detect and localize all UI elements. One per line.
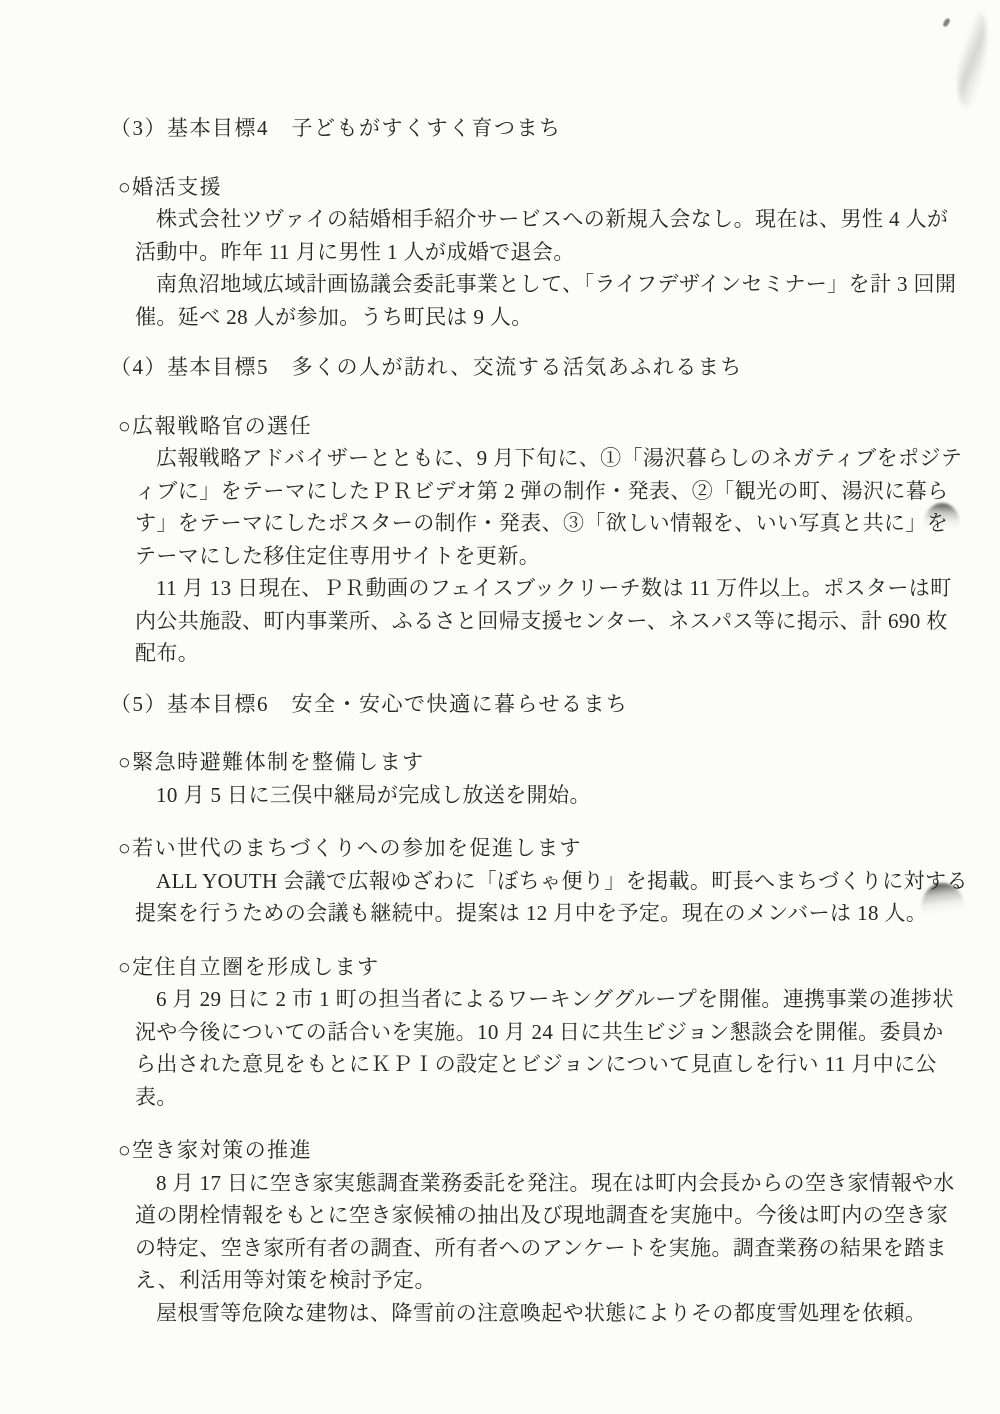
text-line: 屋根雪等危険な建物は、降雪前の注意喚起や状態によりその都度雪処理を依頼。	[135, 1297, 920, 1330]
document-body: （3）基本目標4 子どもがすくすく育つまち○婚活支援株式会社ツヴァイの結婚相手紹…	[110, 112, 920, 1329]
text-line: の特定、空き家所有者の調査、所有者へのアンケートを実施。調査業務の結果を踏ま	[135, 1232, 920, 1265]
item-title: ○空き家対策の推進	[118, 1134, 920, 1167]
text-line: 況や今後についての話合いを実施。10 月 24 日に共生ビジョン懇談会を開催。委…	[135, 1016, 920, 1049]
document-section: （4）基本目標5 多くの人が訪れ、交流する活気あふれるまち○広報戦略官の選任広報…	[110, 351, 920, 670]
paragraph: ALL YOUTH 会議で広報ゆざわに「ぼちゃ便り」を掲載。町長へまちづくりに対…	[135, 865, 920, 930]
text-line: ら出された意見をもとにＫＰＩの設定とビジョンについて見直しを行い 11 月中に公	[135, 1048, 920, 1081]
text-line: ALL YOUTH 会議で広報ゆざわに「ぼちゃ便り」を掲載。町長へまちづくりに対…	[135, 865, 920, 898]
paragraph: 8 月 17 日に空き家実態調査業務委託を発注。現在は町内会長からの空き家情報や…	[135, 1167, 920, 1297]
document-section: （5）基本目標6 安全・安心で快適に暮らせるまち○緊急時避難体制を整備します10…	[110, 688, 920, 1330]
item-paragraphs: ALL YOUTH 会議で広報ゆざわに「ぼちゃ便り」を掲載。町長へまちづくりに対…	[135, 865, 920, 930]
section-heading: （4）基本目標5 多くの人が訪れ、交流する活気あふれるまち	[110, 351, 920, 384]
text-line: 11 月 13 日現在、ＰＲ動画のフェイスブックリーチ数は 11 万件以上。ポス…	[135, 572, 920, 605]
report-item: ○緊急時避難体制を整備します10 月 5 日に三俣中継局が完成し放送を開始。	[110, 746, 920, 811]
ink-speck-artifact	[942, 17, 951, 27]
paragraph: 10 月 5 日に三俣中継局が完成し放送を開始。	[135, 779, 920, 812]
report-item: ○広報戦略官の選任広報戦略アドバイザーとともに、9 月下旬に、①「湯沢暮らしのネ…	[110, 410, 920, 670]
section-heading: （3）基本目標4 子どもがすくすく育つまち	[110, 112, 920, 145]
text-line: 8 月 17 日に空き家実態調査業務委託を発注。現在は町内会長からの空き家情報や…	[135, 1167, 920, 1200]
item-paragraphs: 10 月 5 日に三俣中継局が完成し放送を開始。	[135, 779, 920, 812]
text-line: 南魚沼地域広域計画協議会委託事業として、「ライフデザインセミナー」を計 3 回開	[135, 268, 920, 301]
text-line: テーマにした移住定住専用サイトを更新。	[135, 540, 920, 573]
paragraph: 南魚沼地域広域計画協議会委託事業として、「ライフデザインセミナー」を計 3 回開…	[135, 268, 920, 333]
report-item: ○婚活支援株式会社ツヴァイの結婚相手紹介サービスへの新規入会なし。現在は、男性 …	[110, 171, 920, 334]
report-item: ○空き家対策の推進8 月 17 日に空き家実態調査業務委託を発注。現在は町内会長…	[110, 1134, 920, 1329]
item-title: ○婚活支援	[118, 171, 920, 204]
text-line: 活動中。昨年 11 月に男性 1 人が成婚で退会。	[135, 236, 920, 269]
text-line: え、利活用等対策を検討予定。	[135, 1264, 920, 1297]
text-line: ィブに」をテーマにしたＰＲビデオ第 2 弾の制作・発表、②「観光の町、湯沢に暮ら	[135, 475, 920, 508]
text-line: 表。	[135, 1081, 920, 1114]
page-curl-shadow-artifact	[954, 7, 990, 109]
report-item: ○定住自立圏を形成します6 月 29 日に 2 市 1 町の担当者によるワーキン…	[110, 951, 920, 1114]
paragraph: 株式会社ツヴァイの結婚相手紹介サービスへの新規入会なし。現在は、男性 4 人が活…	[135, 203, 920, 268]
item-title: ○緊急時避難体制を整備します	[118, 746, 920, 779]
text-line: す」をテーマにしたポスターの制作・発表、③「欲しい情報を、いい写真と共に」を	[135, 507, 920, 540]
item-paragraphs: 株式会社ツヴァイの結婚相手紹介サービスへの新規入会なし。現在は、男性 4 人が活…	[135, 203, 920, 333]
text-line: 10 月 5 日に三俣中継局が完成し放送を開始。	[135, 779, 920, 812]
text-line: 提案を行うための会議も継続中。提案は 12 月中を予定。現在のメンバーは 18 …	[135, 897, 920, 930]
text-line: 催。延べ 28 人が参加。うち町民は 9 人。	[135, 301, 920, 334]
paragraph: 広報戦略アドバイザーとともに、9 月下旬に、①「湯沢暮らしのネガティブをポジティ…	[135, 442, 920, 572]
text-line: 株式会社ツヴァイの結婚相手紹介サービスへの新規入会なし。現在は、男性 4 人が	[135, 203, 920, 236]
scanned-page: （3）基本目標4 子どもがすくすく育つまち○婚活支援株式会社ツヴァイの結婚相手紹…	[0, 0, 1000, 1414]
paragraph: 6 月 29 日に 2 市 1 町の担当者によるワーキンググループを開催。連携事…	[135, 983, 920, 1113]
section-heading: （5）基本目標6 安全・安心で快適に暮らせるまち	[110, 688, 920, 721]
item-title: ○定住自立圏を形成します	[118, 951, 920, 984]
document-section: （3）基本目標4 子どもがすくすく育つまち○婚活支援株式会社ツヴァイの結婚相手紹…	[110, 112, 920, 333]
paragraph: 屋根雪等危険な建物は、降雪前の注意喚起や状態によりその都度雪処理を依頼。	[135, 1297, 920, 1330]
text-line: 配布。	[135, 637, 920, 670]
text-line: 6 月 29 日に 2 市 1 町の担当者によるワーキンググループを開催。連携事…	[135, 983, 920, 1016]
paragraph: 11 月 13 日現在、ＰＲ動画のフェイスブックリーチ数は 11 万件以上。ポス…	[135, 572, 920, 670]
item-paragraphs: 広報戦略アドバイザーとともに、9 月下旬に、①「湯沢暮らしのネガティブをポジティ…	[135, 442, 920, 670]
text-line: 広報戦略アドバイザーとともに、9 月下旬に、①「湯沢暮らしのネガティブをポジテ	[135, 442, 920, 475]
item-paragraphs: 8 月 17 日に空き家実態調査業務委託を発注。現在は町内会長からの空き家情報や…	[135, 1167, 920, 1330]
item-title: ○若い世代のまちづくりへの参加を促進します	[118, 832, 920, 865]
text-line: 内公共施設、町内事業所、ふるさと回帰支援センター、ネスパス等に掲示、計 690 …	[135, 605, 920, 638]
text-line: 道の閉栓情報をもとに空き家候補の抽出及び現地調査を実施中。今後は町内の空き家	[135, 1199, 920, 1232]
report-item: ○若い世代のまちづくりへの参加を促進しますALL YOUTH 会議で広報ゆざわに…	[110, 832, 920, 930]
item-title: ○広報戦略官の選任	[118, 410, 920, 443]
item-paragraphs: 6 月 29 日に 2 市 1 町の担当者によるワーキンググループを開催。連携事…	[135, 983, 920, 1113]
